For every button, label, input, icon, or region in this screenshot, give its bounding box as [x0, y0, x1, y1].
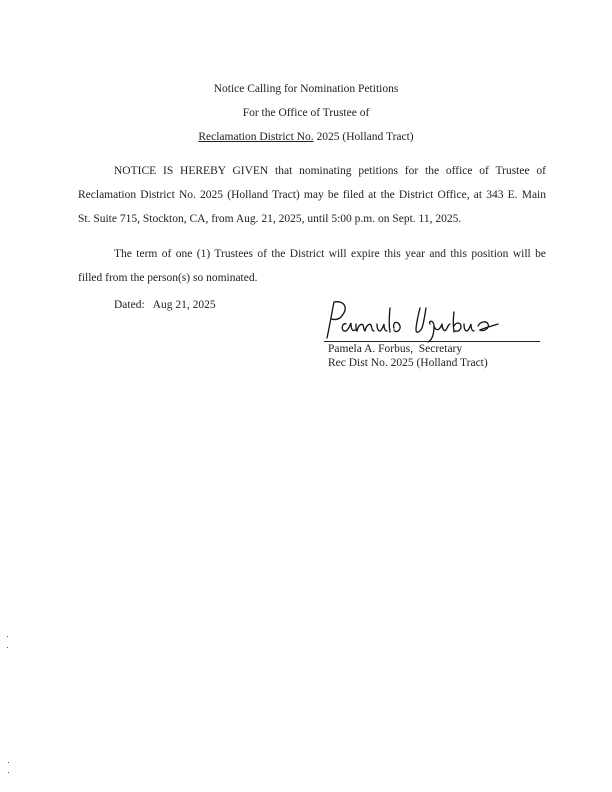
scan-speck	[8, 762, 9, 763]
paragraph1-line3: St. Suite 715, Stockton, CA, from Aug. 2…	[78, 212, 461, 226]
paragraph1-line1: NOTICE IS HEREBY GIVEN that nominating p…	[114, 164, 546, 178]
paragraph2-line1: The term of one (1) Trustees of the Dist…	[114, 247, 546, 261]
dated-line: Dated: Aug 21, 2025	[114, 298, 216, 312]
notice-subtitle: For the Office of Trustee of	[0, 106, 612, 120]
district-heading-rest: 2025 (Holland Tract)	[314, 131, 414, 143]
notice-title: Notice Calling for Nomination Petitions	[0, 82, 612, 96]
district-heading-underlined: Reclamation District No.	[198, 131, 313, 143]
signatory-name-title: Pamela A. Forbus, Secretary	[328, 342, 462, 356]
scan-speck	[7, 636, 8, 637]
scan-speck	[7, 647, 8, 648]
signature-icon	[322, 298, 542, 344]
district-heading: Reclamation District No. 2025 (Holland T…	[0, 130, 612, 144]
paragraph1-line2: Reclamation District No. 2025 (Holland T…	[78, 188, 546, 202]
document-page: Notice Calling for Nomination Petitions …	[0, 0, 612, 792]
scan-speck	[8, 772, 9, 773]
signatory-organization: Rec Dist No. 2025 (Holland Tract)	[328, 356, 488, 370]
paragraph2-line2: filled from the person(s) so nominated.	[78, 271, 258, 285]
